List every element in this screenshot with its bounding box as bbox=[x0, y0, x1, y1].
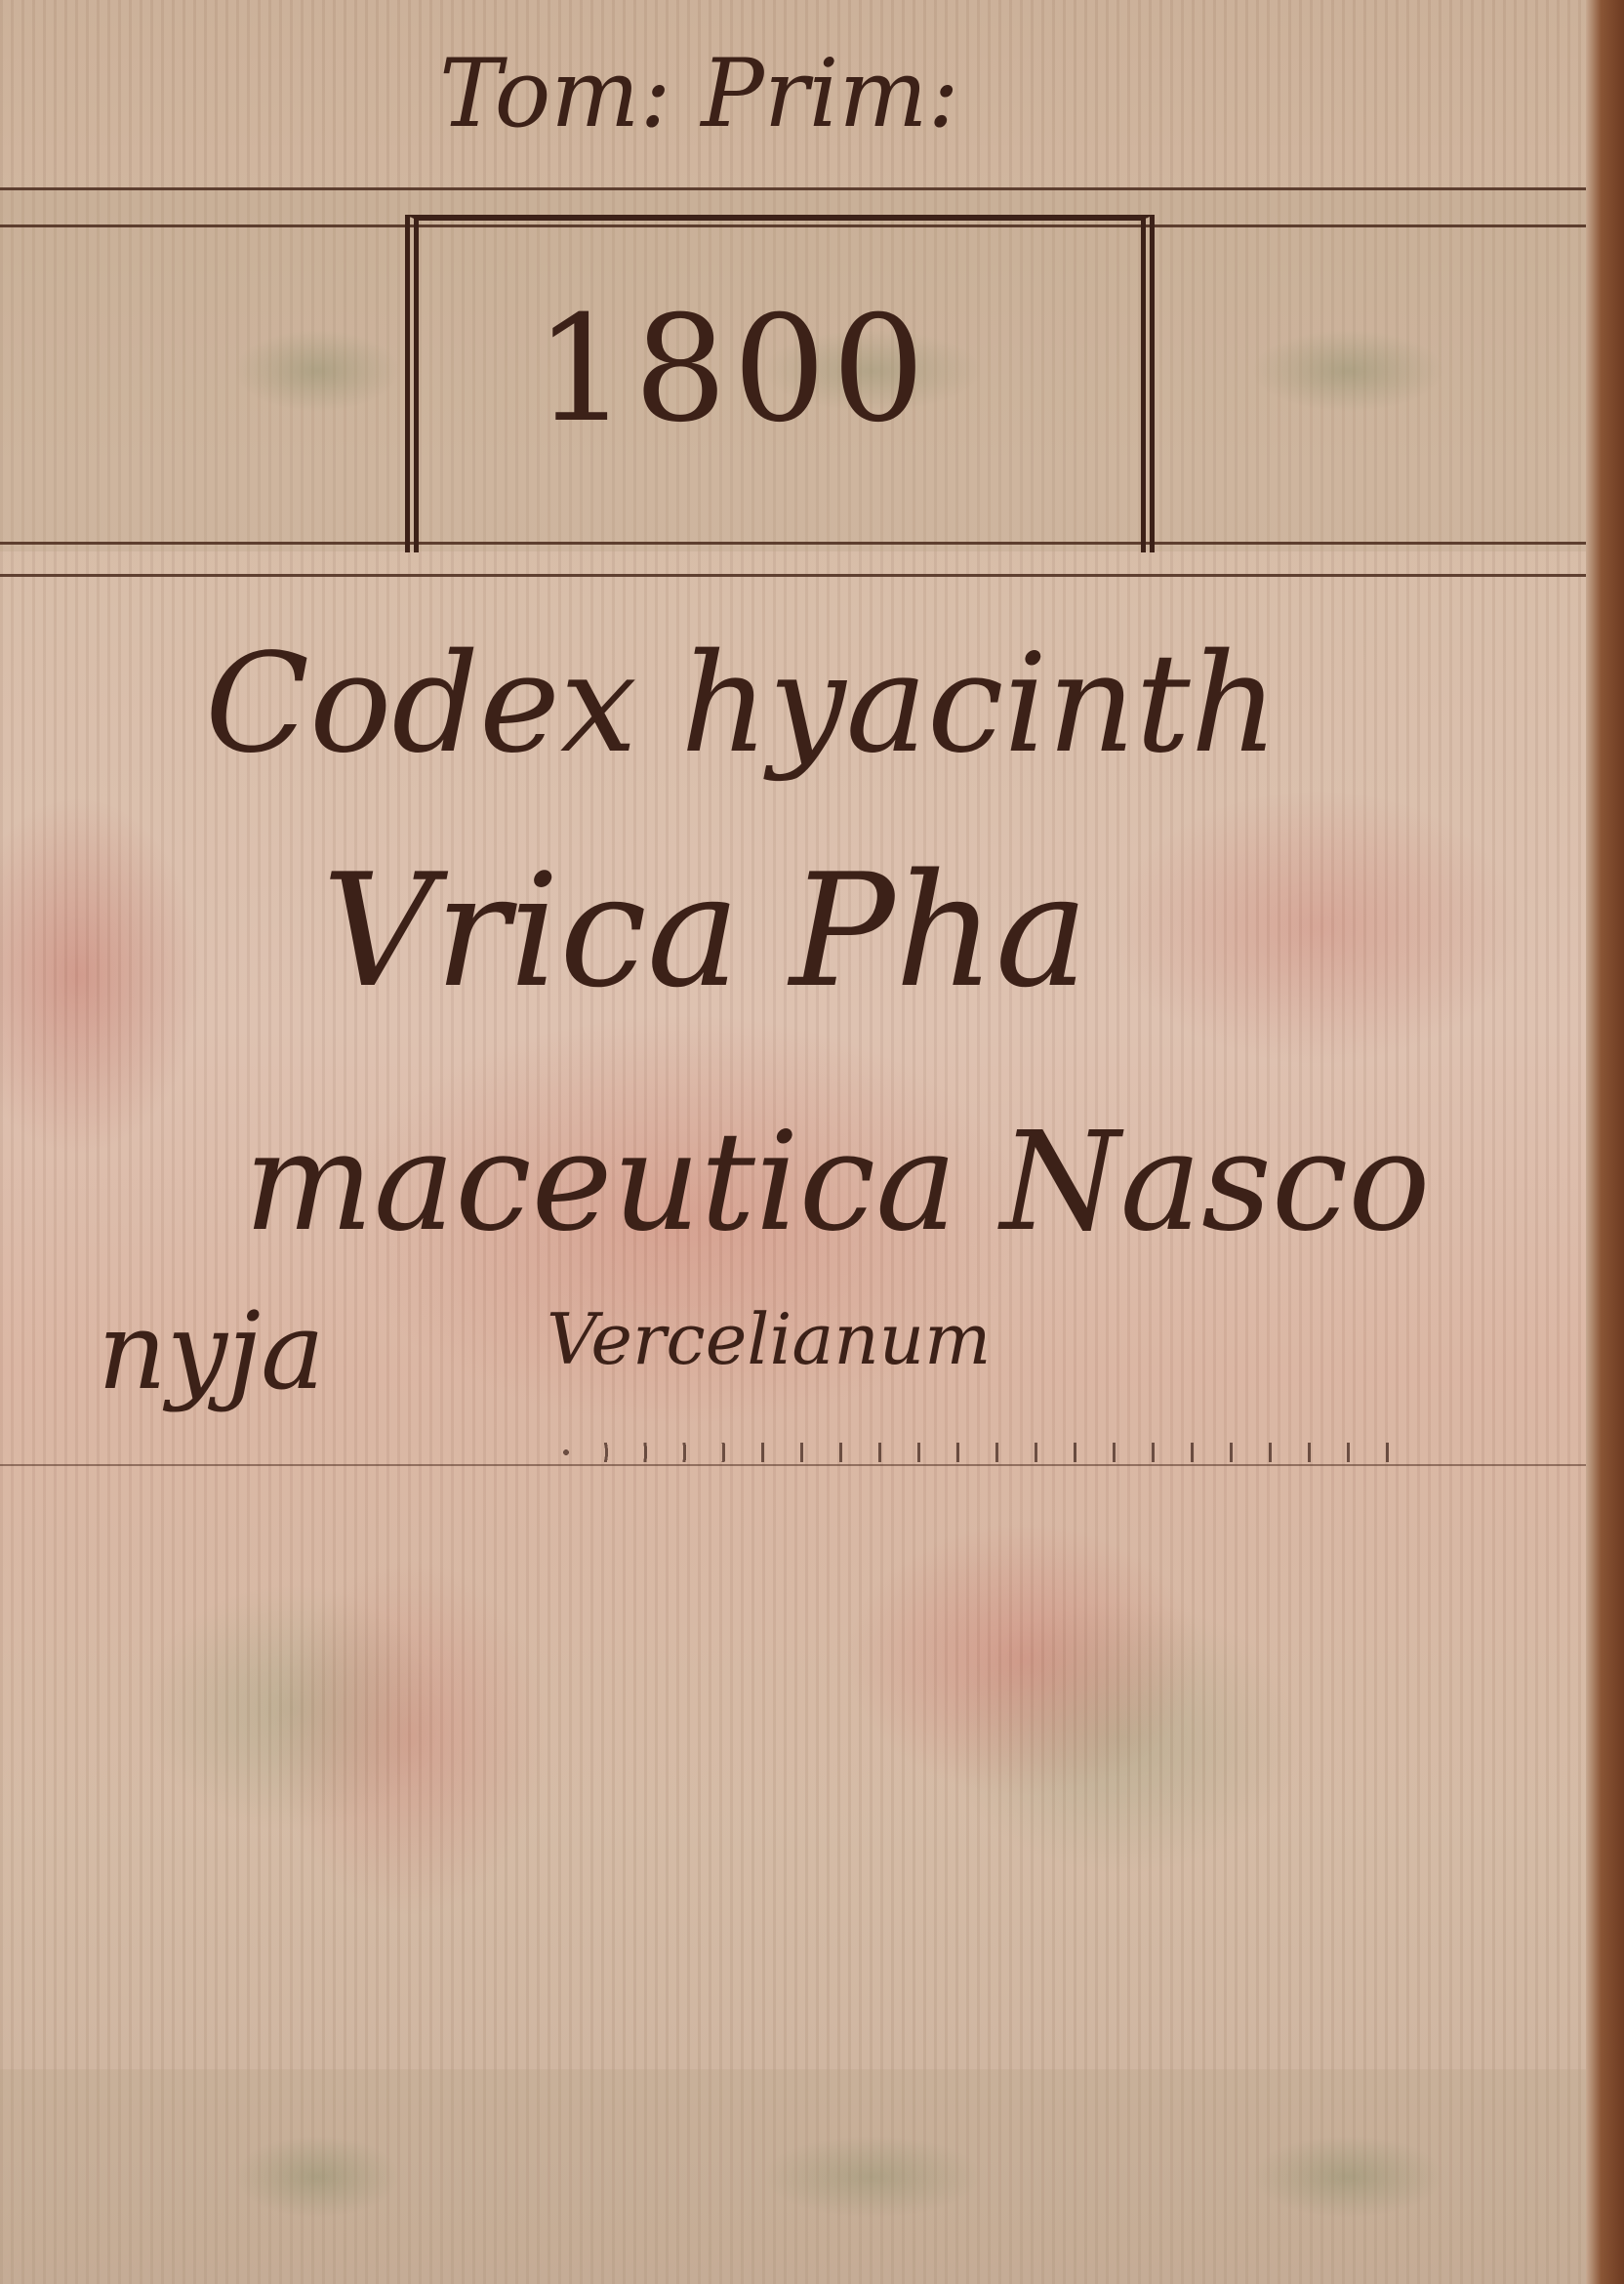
divider-rule bbox=[0, 1464, 1586, 1466]
divider-rule bbox=[0, 574, 1586, 577]
year-label: 1800 bbox=[535, 285, 931, 455]
title-line-2: Vrica Pha bbox=[322, 839, 1088, 1022]
decorative-flourish bbox=[547, 1443, 1425, 1462]
title-line-1: Codex hyacinth bbox=[205, 625, 1279, 784]
title-line-3: maceutica Nasco bbox=[244, 1103, 1431, 1262]
divider-rule bbox=[0, 187, 1586, 190]
title-line-4: nyja bbox=[98, 1288, 325, 1413]
volume-label: Tom: Prim: bbox=[439, 39, 959, 148]
book-cover: Tom: Prim: 1800 Codex hyacinth Vrica Pha… bbox=[0, 0, 1586, 2284]
book-spine-edge bbox=[1586, 0, 1624, 2284]
subtitle: Vercelianum bbox=[547, 1298, 991, 1380]
floral-band-bottom bbox=[0, 2069, 1586, 2284]
